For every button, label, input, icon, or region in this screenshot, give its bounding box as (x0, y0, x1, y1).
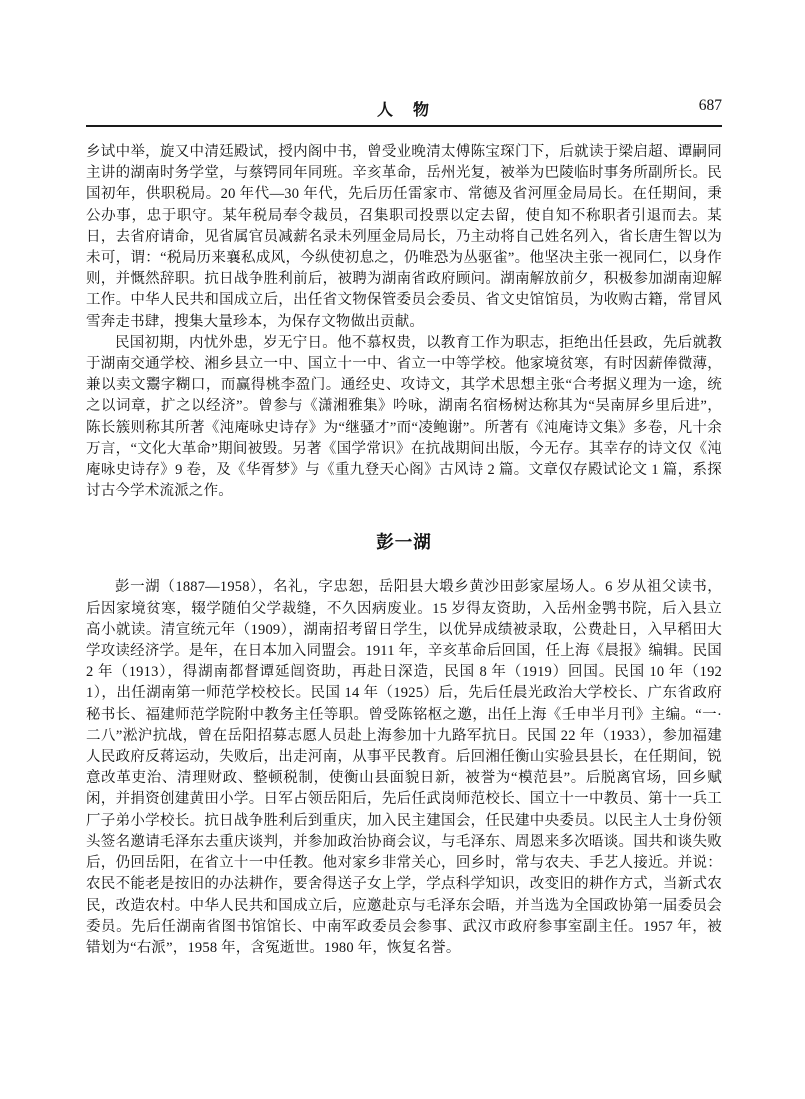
paragraph-peng-yihu-biography: 彭一湖（1887—1958），名礼，字忠恕，岳阳县大塅乡黄沙田彭家屋场人。6 岁… (86, 577, 722, 959)
page-body: 乡试中举，旋又中清廷殿试，授内阁中书，曾受业晚清太傅陈宝琛门下，后就读于梁启超、… (86, 142, 722, 959)
paragraph-education-career: 民国初期，内忧外患，岁无宁日。他不慕权贵，以教育工作为职志，拒绝出任县政，先后就… (86, 333, 722, 503)
paragraph-continuation: 乡试中举，旋又中清廷殿试，授内阁中书，曾受业晚清太傅陈宝琛门下，后就读于梁启超、… (86, 142, 722, 333)
header-rule (86, 125, 722, 127)
book-page: 人 物 687 乡试中举，旋又中清廷殿试，授内阁中书，曾受业晚清太傅陈宝琛门下，… (0, 0, 805, 1099)
running-head: 人 物 687 (86, 97, 722, 119)
page-number: 687 (699, 97, 722, 115)
section-heading-peng-yihu: 彭一湖 (86, 529, 722, 554)
running-head-title: 人 物 (86, 97, 722, 120)
